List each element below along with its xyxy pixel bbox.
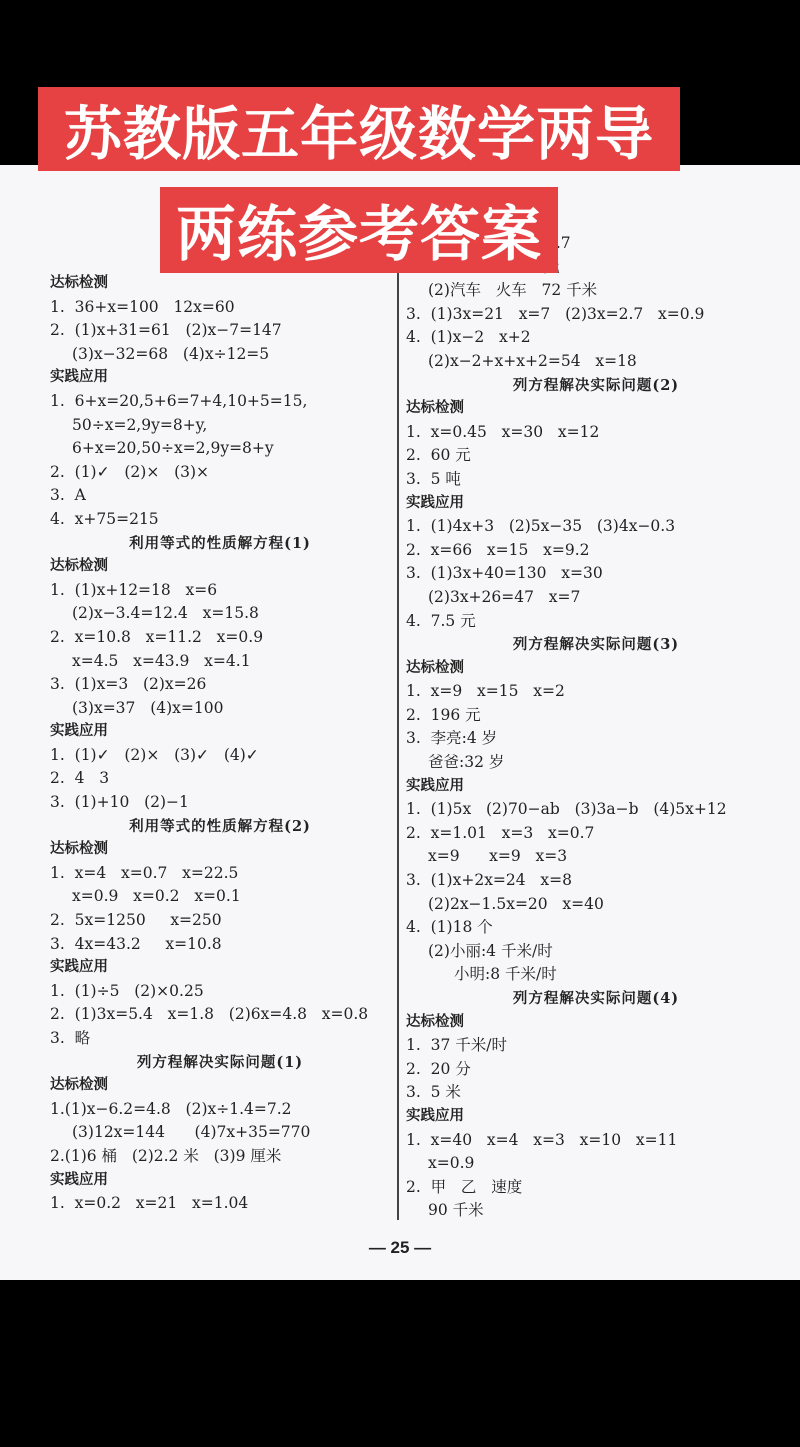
title-banner-line2: 两练参考答案 (160, 187, 558, 273)
answer-line: 1. 6+x=20,5+6=7+4,10+5=15, (50, 390, 390, 414)
answer-line: 3. A (50, 484, 390, 508)
answer-line: 90 千米 (406, 1199, 786, 1223)
answer-line: 2. (1)✓ (2)× (3)× (50, 461, 390, 485)
title-line2: 两练参考答案 (176, 187, 542, 273)
answer-line: 1. (1)÷5 (2)×0.25 (50, 980, 390, 1004)
answer-line: 3. (1)3x+40=130 x=30 (406, 562, 786, 586)
answer-line: 3. (1)+10 (2)−1 (50, 791, 390, 815)
answer-line: 2. 4 3 (50, 767, 390, 791)
answer-line: (3)12x=144 (4)7x+35=770 (50, 1121, 390, 1145)
answer-line: (2)2x−1.5x=20 x=40 (406, 893, 786, 917)
answer-line: 2. 甲 乙 速度 (406, 1176, 786, 1200)
subsection-heading: 实践应用 (50, 366, 390, 390)
answer-line: 3. 5 米 (406, 1081, 786, 1105)
answer-line: 2. 20 分 (406, 1058, 786, 1082)
section-title: 列方程解决实际问题(2) (406, 374, 786, 398)
answer-line: (2)x−2+x+x+2=54 x=18 (406, 350, 786, 374)
subsection-heading: 达标检测 (50, 838, 390, 862)
answer-line: 3. 李亮:4 岁 (406, 727, 786, 751)
answer-line: 4. (1)18 个 (406, 916, 786, 940)
answer-line: 3. 略 (50, 1027, 390, 1051)
answer-line: (2)3x+26=47 x=7 (406, 586, 786, 610)
subsection-heading: 达标检测 (50, 1074, 390, 1098)
answer-line: 2. x=1.01 x=3 x=0.7 (406, 822, 786, 846)
answer-line: (2)x−3.4=12.4 x=15.8 (50, 602, 390, 626)
answer-line: 1. x=40 x=4 x=3 x=10 x=11 (406, 1129, 786, 1153)
answer-line: 1. (1)4x+3 (2)5x−35 (3)4x−0.3 (406, 515, 786, 539)
answer-line: 1. (1)5x (2)70−ab (3)3a−b (4)5x+12 (406, 798, 786, 822)
answer-line: (2)小丽:4 千米/时 (406, 940, 786, 964)
answer-line: 3. (1)x+2x=24 x=8 (406, 869, 786, 893)
answer-line: 2. (1)x+31=61 (2)x−7=147 (50, 319, 390, 343)
answer-line: x=0.9 (406, 1152, 786, 1176)
section-title: 列方程解决实际问题(1) (50, 1051, 390, 1075)
subsection-heading: 达标检测 (50, 272, 390, 296)
subsection-heading: 达标检测 (406, 1011, 786, 1035)
answer-line: 2. x=10.8 x=11.2 x=0.9 (50, 626, 390, 650)
answer-line: 3. 4x=43.2 x=10.8 (50, 933, 390, 957)
column-divider (397, 268, 399, 1220)
answer-line: 1. 36+x=100 12x=60 (50, 296, 390, 320)
answer-line: 3. 5 吨 (406, 468, 786, 492)
answer-line: 1. (1)x+12=18 x=6 (50, 579, 390, 603)
answer-line: x=4.5 x=43.9 x=4.1 (50, 650, 390, 674)
answer-line: 1. x=0.45 x=30 x=12 (406, 421, 786, 445)
answer-line: x=0.9 x=0.2 x=0.1 (50, 885, 390, 909)
answer-line: 6+x=20,50÷x=2,9y=8+y (50, 437, 390, 461)
answer-line: (2)汽车 火车 72 千米 (406, 279, 786, 303)
subsection-heading: 实践应用 (50, 1169, 390, 1193)
subsection-heading: 实践应用 (406, 1105, 786, 1129)
answer-line: 1.(1)x−6.2=4.8 (2)x÷1.4=7.2 (50, 1098, 390, 1122)
title-line1: 苏教版五年级数学两导 (64, 87, 654, 171)
answer-line: 2. 196 元 (406, 704, 786, 728)
answer-line: (3)x=37 (4)x=100 (50, 697, 390, 721)
answer-line: 1. x=9 x=15 x=2 (406, 680, 786, 704)
section-title: 列方程解决实际问题(4) (406, 987, 786, 1011)
answer-line: 2. x=66 x=15 x=9.2 (406, 539, 786, 563)
section-title: 利用等式的性质解方程(1) (50, 532, 390, 556)
answer-line: 1. x=0.2 x=21 x=1.04 (50, 1192, 390, 1216)
answer-line: 4. 7.5 元 (406, 610, 786, 634)
answer-line: 2. 60 元 (406, 444, 786, 468)
subsection-heading: 达标检测 (406, 397, 786, 421)
section-title: 利用等式的性质解方程(2) (50, 815, 390, 839)
answer-line: 1. 37 千米/时 (406, 1034, 786, 1058)
answer-line: 4. x+75=215 (50, 508, 390, 532)
title-banner-line1: 苏教版五年级数学两导 (38, 87, 680, 171)
answer-line: 3. (1)3x=21 x=7 (2)3x=2.7 x=0.9 (406, 303, 786, 327)
answer-line: 50÷x=2,9y=8+y, (50, 414, 390, 438)
subsection-heading: 实践应用 (50, 720, 390, 744)
answer-line: x=9 x=9 x=3 (406, 845, 786, 869)
answer-line: 1. x=4 x=0.7 x=22.5 (50, 862, 390, 886)
answer-line: 3. (1)x=3 (2)x=26 (50, 673, 390, 697)
answer-line: 4. (1)x−2 x+2 (406, 326, 786, 350)
answer-line: 2.(1)6 桶 (2)2.2 米 (3)9 厘米 (50, 1145, 390, 1169)
page-number: — 25 — (0, 1238, 800, 1258)
answer-line: 2. 5x=1250 x=250 (50, 909, 390, 933)
left-answer-column: 达标检测1. 36+x=100 12x=602. (1)x+31=61 (2)x… (50, 272, 390, 1216)
subsection-heading: 达标检测 (50, 555, 390, 579)
section-title: 列方程解决实际问题(3) (406, 633, 786, 657)
answer-line: (3)x−32=68 (4)x÷12=5 (50, 343, 390, 367)
subsection-heading: 实践应用 (406, 775, 786, 799)
answer-line: 小明:8 千米/时 (406, 963, 786, 987)
right-answer-column: x=3.7 元(2)汽车 火车 72 千米3. (1)3x=21 x=7 (2)… (406, 232, 786, 1223)
subsection-heading: 实践应用 (50, 956, 390, 980)
subsection-heading: 实践应用 (406, 492, 786, 516)
answer-line: 1. (1)✓ (2)× (3)✓ (4)✓ (50, 744, 390, 768)
answer-line: 爸爸:32 岁 (406, 751, 786, 775)
answer-line: 2. (1)3x=5.4 x=1.8 (2)6x=4.8 x=0.8 (50, 1003, 390, 1027)
subsection-heading: 达标检测 (406, 657, 786, 681)
